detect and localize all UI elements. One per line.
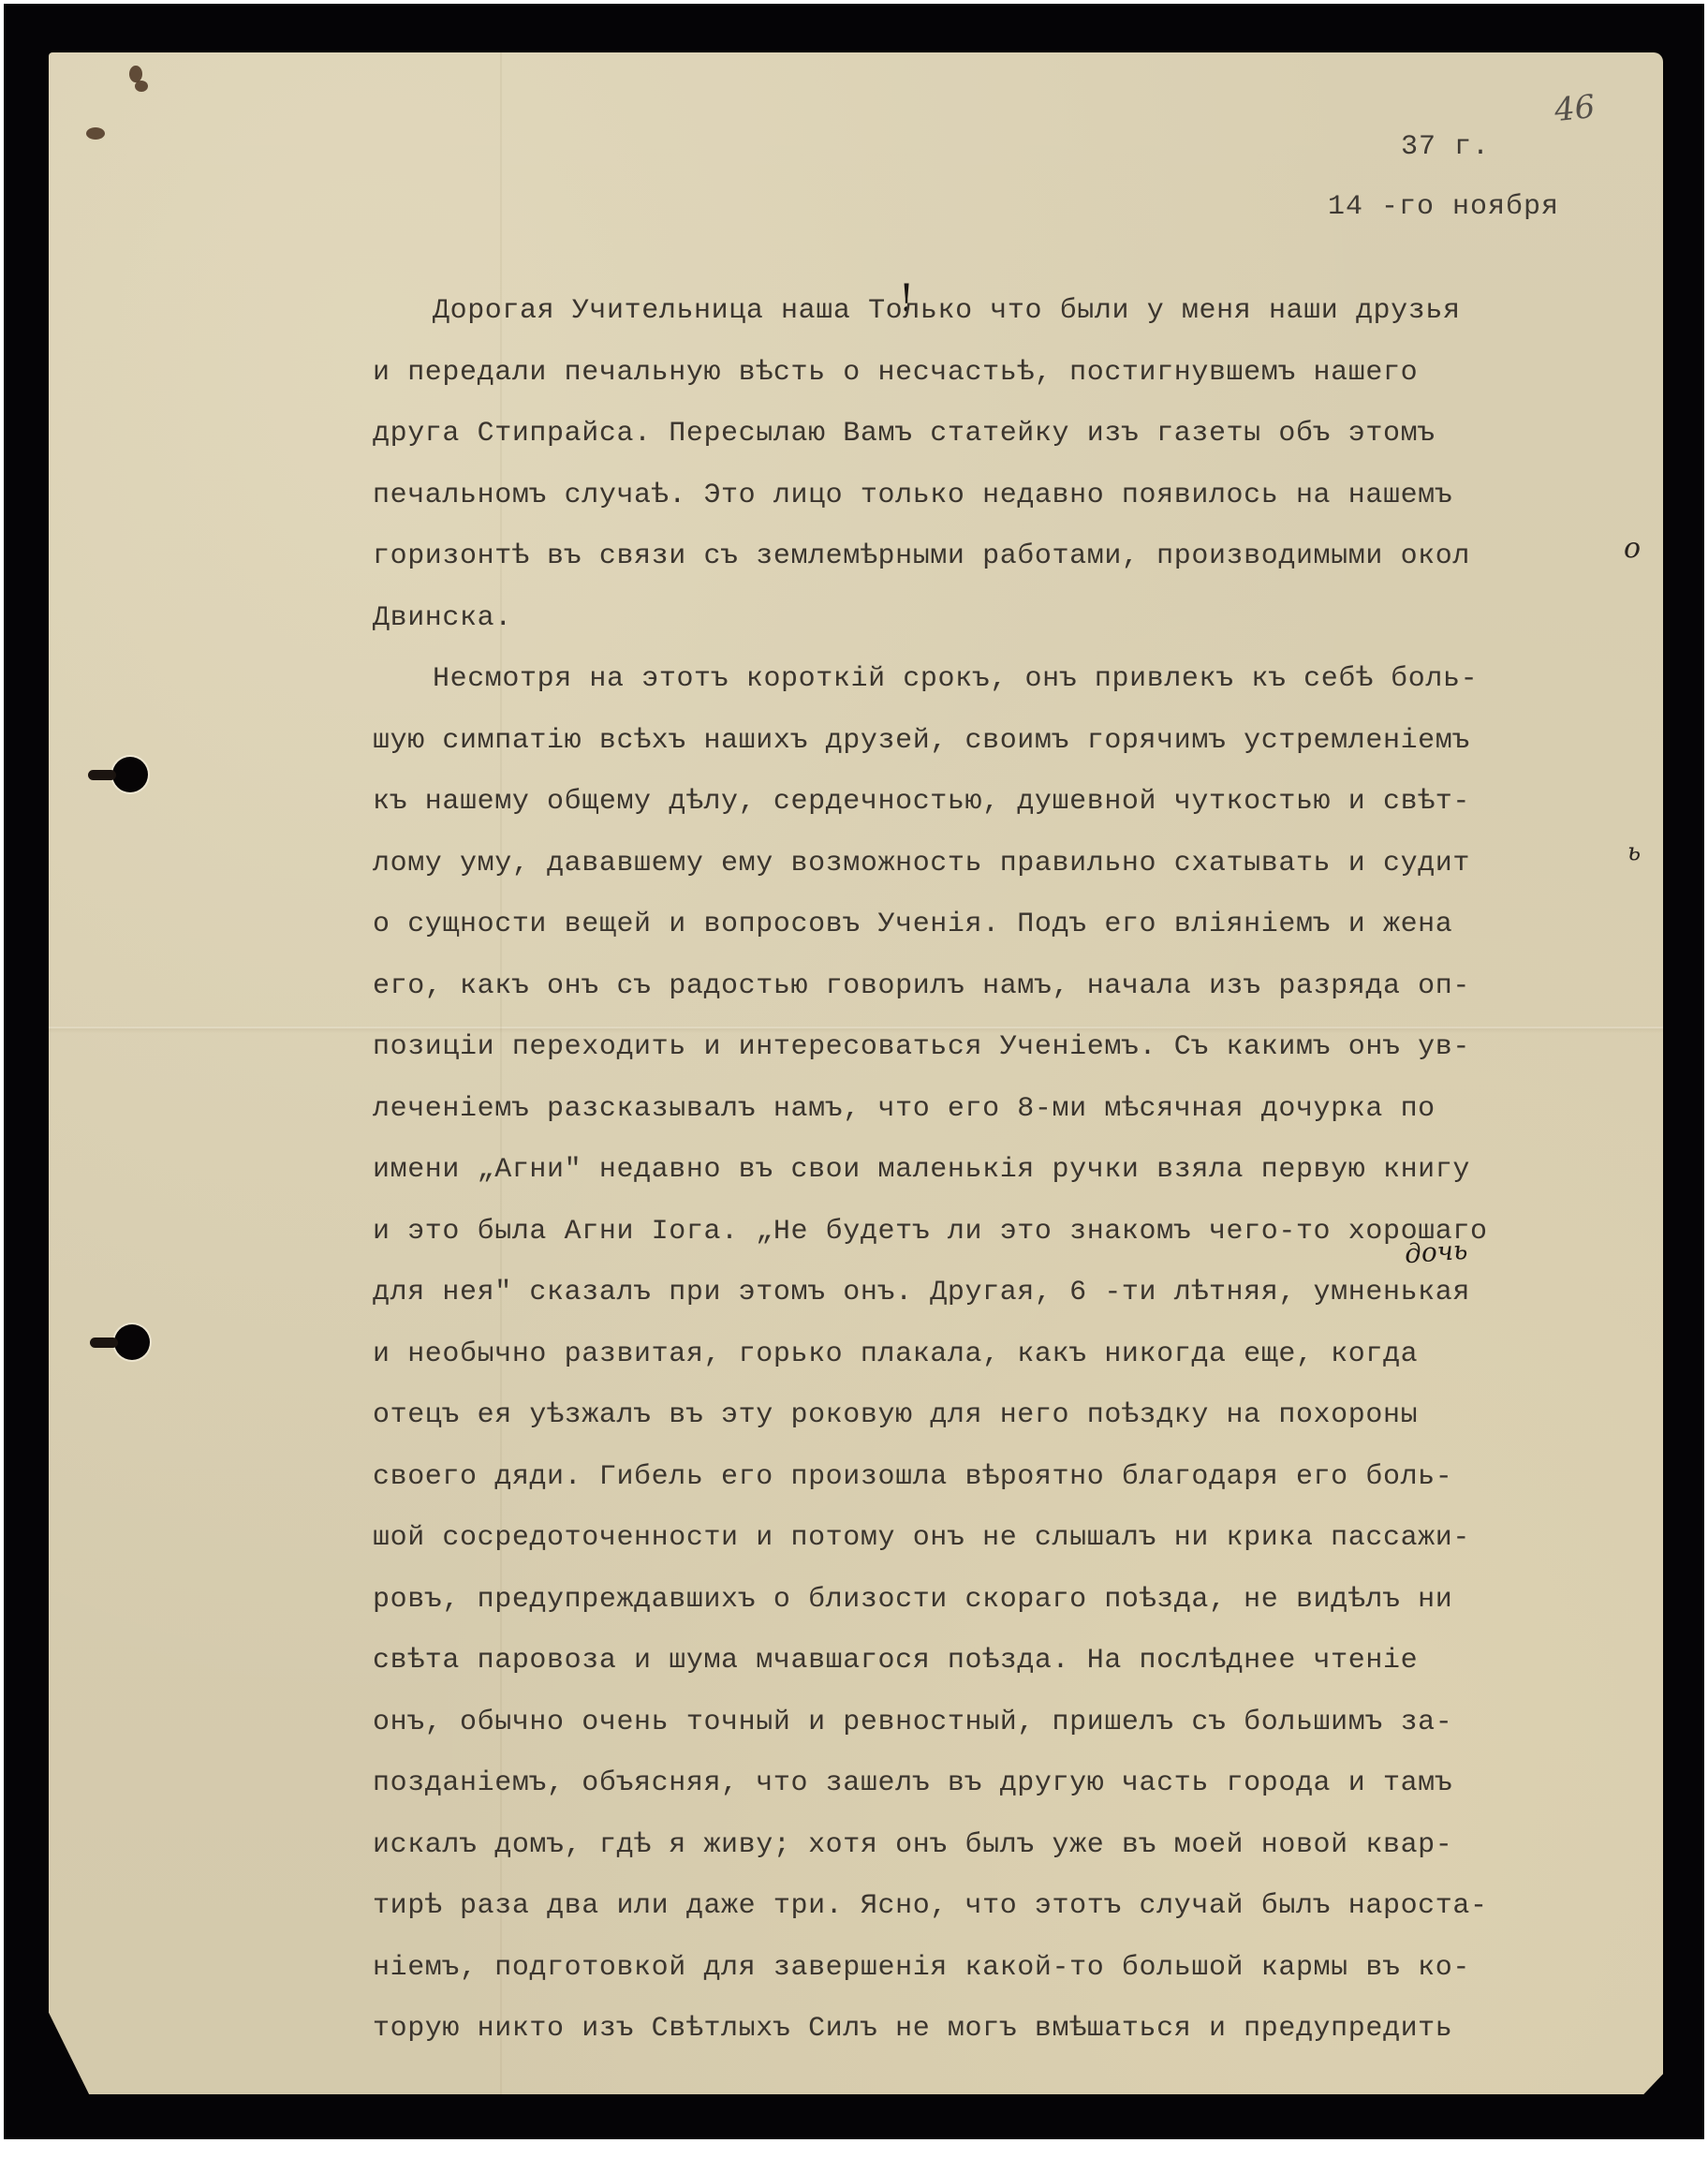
archive-page-number: 46 xyxy=(1553,88,1597,129)
text-line: ніемъ, подготовкой для завершенія какой-… xyxy=(373,1938,1646,2000)
text-line: Дорогая Учительница наша Только что были… xyxy=(373,281,1646,343)
text-line: и передали печальную вѣсть о несчастьѣ, … xyxy=(373,343,1646,405)
text-line: печальномъ случаѣ. Это лицо только недав… xyxy=(373,466,1646,527)
letter-year: 37 г. xyxy=(1401,131,1490,163)
text-line: Двинска. xyxy=(373,588,1646,650)
text-line: поздaніемъ, объясняя, что зашелъ въ друг… xyxy=(373,1753,1646,1815)
letter-date: 14 -го ноября xyxy=(1328,191,1559,223)
text-line: и необычно развитая, горько плакала, как… xyxy=(373,1324,1646,1386)
text-line: искалъ домъ, гдѣ я живу; хотя онъ былъ у… xyxy=(373,1815,1646,1877)
text-line: имени „Агни" недавно въ свои маленькія р… xyxy=(373,1140,1646,1202)
text-line: его, какъ онъ съ радостью говорилъ намъ,… xyxy=(373,956,1646,1018)
text-line: и это была Агни Іога. „Не будетъ ли это … xyxy=(373,1202,1646,1264)
text-line: о сущности вещей и вопросовъ Ученія. Под… xyxy=(373,894,1646,956)
punch-hole-top xyxy=(112,757,148,792)
ink-stain xyxy=(135,81,148,92)
text-line: торую никто изъ Свѣтлыхъ Силъ не могъ вм… xyxy=(373,1999,1646,2061)
text-line: отецъ ея уѣзжалъ въ эту роковую для него… xyxy=(373,1385,1646,1447)
letter-body: Дорогая Учительница наша Только что были… xyxy=(373,281,1646,2061)
text-line: горизонтѣ въ связи съ землемѣрными работ… xyxy=(373,526,1646,588)
text-line: къ нашему общему дѣлу, сердечностью, душ… xyxy=(373,772,1646,834)
text-line: позиціи переходить и интересоваться Учен… xyxy=(373,1017,1646,1079)
text-line: тирѣ раза два или даже три. Ясно, что эт… xyxy=(373,1876,1646,1938)
text-line: онъ, обычно очень точный и ревностный, п… xyxy=(373,1692,1646,1754)
text-line: своего дяди. Гибель его произошла вѣроят… xyxy=(373,1447,1646,1509)
text-line: ровъ, предупреждавшихъ о близости скораг… xyxy=(373,1570,1646,1632)
text-line: для нея" сказалъ при этомъ онъ. Другая, … xyxy=(373,1263,1646,1324)
text-line: друга Стипрайса. Пересылаю Вамъ статейку… xyxy=(373,404,1646,466)
text-line: шой сосредоточенности и потому онъ не сл… xyxy=(373,1508,1646,1570)
ink-stain xyxy=(86,127,105,140)
punch-hole-bottom xyxy=(114,1324,150,1360)
text-line: лому уму, дававшему ему возможность прав… xyxy=(373,834,1646,895)
text-line: леченіемъ разсказывалъ намъ, что его 8-м… xyxy=(373,1079,1646,1141)
text-line: Несмотря на этотъ короткій срокъ, онъ пр… xyxy=(373,649,1646,711)
text-line: шую симпатію всѣхъ нашихъ друзей, своимъ… xyxy=(373,711,1646,773)
text-line: свѣта паровоза и шума мчавшагося поѣзда.… xyxy=(373,1631,1646,1692)
